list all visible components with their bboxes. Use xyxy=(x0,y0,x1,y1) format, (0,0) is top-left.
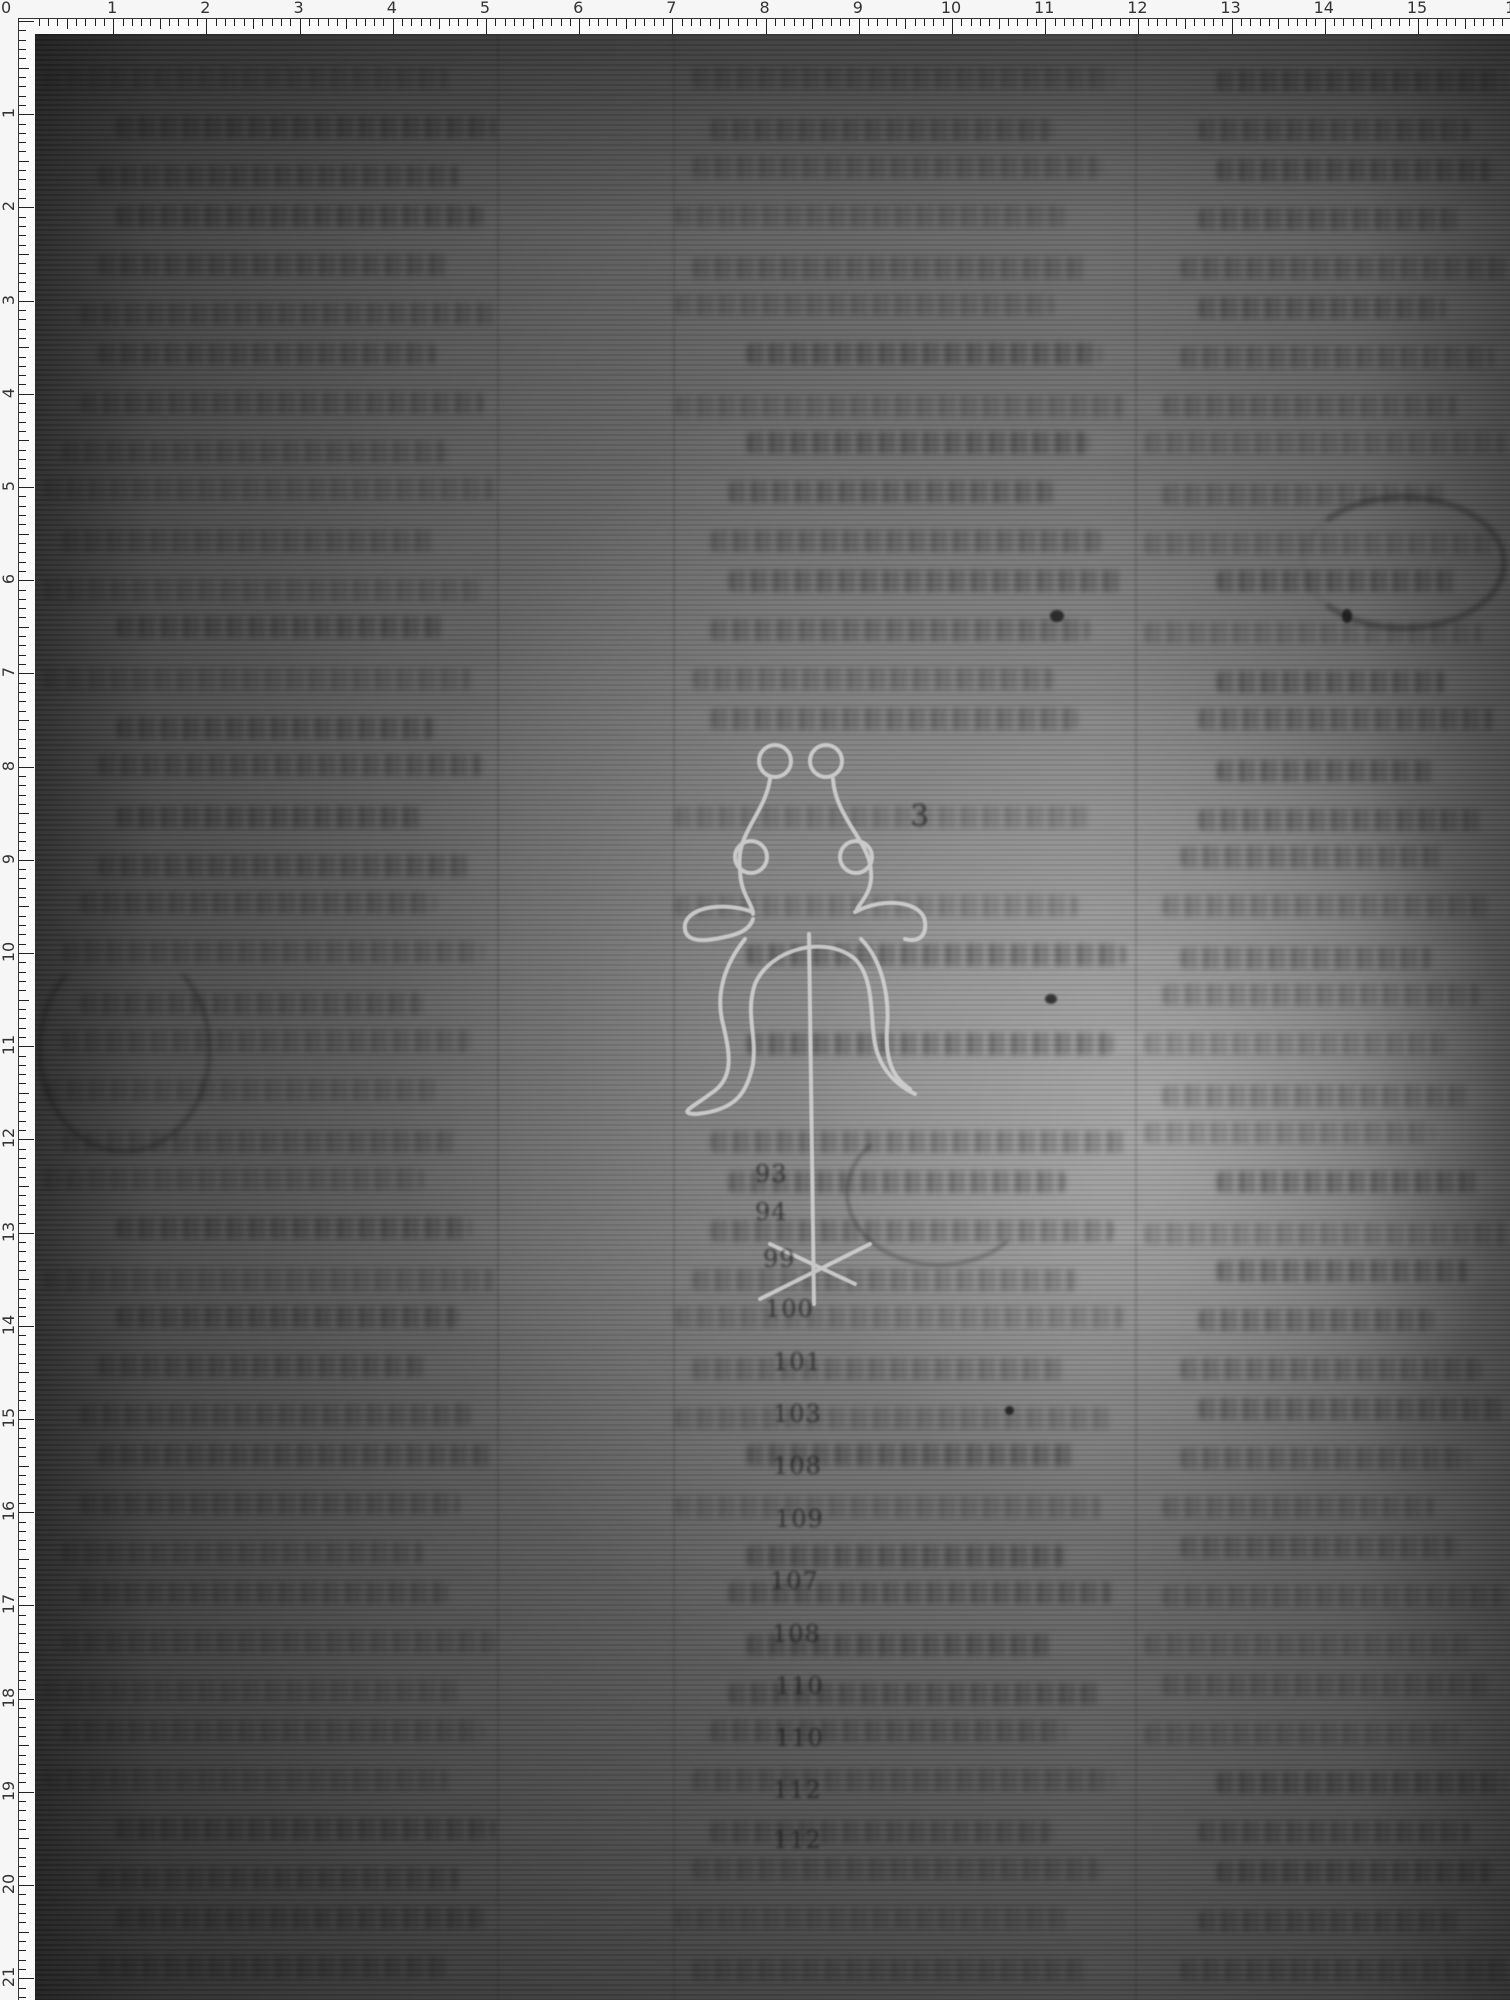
ruler-tick xyxy=(1437,19,1438,26)
ruler-tick xyxy=(393,19,394,34)
ruler-tick xyxy=(19,21,34,22)
ruler-tick xyxy=(672,19,673,34)
ruler-tick xyxy=(19,338,26,339)
ruler-tick xyxy=(19,375,26,376)
ruler-tick xyxy=(19,1782,26,1783)
marginal-number: 93 xyxy=(755,1160,788,1188)
ruler-tick xyxy=(19,1214,26,1215)
ruler-tick xyxy=(19,804,26,805)
ruler-tick xyxy=(1027,19,1028,26)
ruler-tick xyxy=(19,394,34,395)
ruler-tick xyxy=(19,86,26,87)
ruler-tick xyxy=(19,795,26,796)
ruler-tick xyxy=(19,1466,29,1467)
ruler-tick xyxy=(877,19,878,26)
marginal-number: 112 xyxy=(773,1826,822,1854)
left-ruler-label: 13 xyxy=(1,1232,21,1248)
ruler-tick xyxy=(19,599,26,600)
left-ruler-label: 14 xyxy=(1,1325,21,1341)
ruler-tick xyxy=(598,19,599,26)
ruler-tick xyxy=(19,1475,26,1476)
ruler-tick xyxy=(19,105,26,106)
ruler-tick xyxy=(19,552,26,553)
ruler-tick xyxy=(19,1223,26,1224)
ruler-tick xyxy=(19,1922,26,1923)
ruler-tick xyxy=(206,19,207,34)
ruler-tick xyxy=(766,19,767,34)
ruler-tick xyxy=(514,19,515,26)
ruler-tick xyxy=(19,142,26,143)
ruler-tick xyxy=(19,972,26,973)
ruler-tick xyxy=(132,19,133,26)
ruler-tick xyxy=(374,19,375,26)
ruler-tick xyxy=(1297,19,1298,26)
ruler-tick xyxy=(19,1764,26,1765)
ruler-tick xyxy=(19,1000,29,1001)
ruler-tick xyxy=(19,431,26,432)
ruler-tick xyxy=(19,711,26,712)
marginal-number: 99 xyxy=(763,1245,796,1273)
ruler-tick xyxy=(19,934,26,935)
ruler-tick xyxy=(626,19,627,29)
left-ruler-label: 7 xyxy=(1,672,11,688)
ruler-tick xyxy=(19,590,26,591)
ruler-tick xyxy=(76,19,77,26)
ruler-tick xyxy=(19,1344,26,1345)
ruler-tick xyxy=(411,19,412,26)
ruler-tick xyxy=(1427,19,1428,26)
ruler-tick xyxy=(19,1186,29,1187)
ruler-tick xyxy=(19,198,26,199)
ruler-tick xyxy=(290,19,291,26)
ruler-tick xyxy=(19,916,26,917)
ruler-tick xyxy=(822,19,823,26)
ruler-tick xyxy=(999,19,1000,29)
ruler-tick xyxy=(272,19,273,26)
ruler-tick xyxy=(150,19,151,26)
ruler-tick xyxy=(1343,19,1344,26)
ruler-tick xyxy=(430,19,431,26)
ruler-tick xyxy=(19,1028,26,1029)
ruler-tick xyxy=(1474,19,1475,26)
ruler-tick xyxy=(784,19,785,26)
top-ruler-label: 3 xyxy=(294,0,304,16)
ruler-tick xyxy=(19,366,26,367)
ruler-tick xyxy=(19,207,34,208)
ruler-tick xyxy=(551,19,552,26)
marginal-number: 112 xyxy=(773,1776,822,1804)
ruler-tick xyxy=(19,1289,26,1290)
ruler-tick xyxy=(19,273,26,274)
ruler-tick xyxy=(262,19,263,26)
ruler-tick xyxy=(19,1438,26,1439)
ruler-tick xyxy=(19,506,26,507)
ruler-tick xyxy=(19,1643,26,1644)
ruler-tick xyxy=(523,19,524,26)
ruler-tick xyxy=(607,19,608,26)
ruler-tick xyxy=(19,1866,26,1867)
ruler-tick xyxy=(19,1167,26,1168)
ruler-tick xyxy=(19,496,26,497)
ruler-tick xyxy=(831,19,832,26)
ruler-tick xyxy=(19,860,34,861)
marginal-number: 107 xyxy=(770,1567,819,1595)
ruler-tick xyxy=(887,19,888,26)
ruler-tick xyxy=(19,701,26,702)
ruler-tick xyxy=(19,888,26,889)
ruler-tick xyxy=(19,68,29,69)
ruler-tick xyxy=(542,19,543,26)
marginal-number: 110 xyxy=(775,1672,824,1700)
ruler-tick xyxy=(1353,19,1354,26)
ruler-tick xyxy=(19,1736,26,1737)
ruler-tick xyxy=(1129,19,1130,26)
left-ruler-label: 10 xyxy=(1,952,21,968)
ruler-tick xyxy=(19,1251,26,1252)
ruler-tick xyxy=(19,1298,26,1299)
ruler-tick xyxy=(775,19,776,26)
ruler-tick xyxy=(19,450,26,451)
ruler-tick xyxy=(19,1857,26,1858)
ruler-tick xyxy=(19,823,26,824)
ruler-tick xyxy=(19,1587,26,1588)
ruler-tick xyxy=(1185,19,1186,29)
ruler-tick xyxy=(19,981,26,982)
ruler-tick xyxy=(1334,19,1335,26)
left-ruler-label: 20 xyxy=(1,1884,21,1900)
top-ruler-label: 15 xyxy=(1407,0,1427,16)
ruler-tick xyxy=(300,19,301,34)
ruler-tick xyxy=(19,1960,26,1961)
ruler-tick xyxy=(19,580,34,581)
ruler-tick xyxy=(19,1195,26,1196)
ruler-tick xyxy=(19,524,26,525)
ruler-tick xyxy=(197,19,198,26)
ruler-tick xyxy=(952,19,953,34)
ruler-tick xyxy=(19,1484,26,1485)
ruler-tick xyxy=(19,1941,26,1942)
ruler-origin-label: 0 xyxy=(1,0,11,16)
ruler-tick xyxy=(663,19,664,26)
ruler-tick xyxy=(19,627,29,628)
ruler-tick xyxy=(1055,19,1056,26)
ruler-tick xyxy=(943,19,944,26)
ruler-tick xyxy=(19,1652,29,1653)
marginal-number: 94 xyxy=(755,1198,788,1226)
ruler-tick xyxy=(486,19,487,34)
top-ruler-label: 2 xyxy=(200,0,210,16)
top-ruler-label: 10 xyxy=(941,0,961,16)
ruler-tick xyxy=(19,785,26,786)
ruler-tick xyxy=(589,19,590,26)
ruler-tick xyxy=(19,944,26,945)
ruler-tick xyxy=(644,19,645,26)
ruler-tick xyxy=(19,720,29,721)
ruler-tick xyxy=(19,1577,26,1578)
ruler-tick xyxy=(1381,19,1382,26)
ruler-tick xyxy=(19,1205,26,1206)
ruler-tick xyxy=(19,1838,29,1839)
ruler-tick xyxy=(1110,19,1111,26)
left-ruler-label: 6 xyxy=(1,579,11,595)
ruler-tick xyxy=(19,1083,26,1084)
ruler-tick xyxy=(19,1316,26,1317)
ruler-tick xyxy=(19,1270,26,1271)
ruler-tick xyxy=(123,19,124,26)
ruler-tick xyxy=(19,1363,26,1364)
left-ruler-label: 5 xyxy=(1,486,11,502)
ruler-tick xyxy=(19,608,26,609)
ruler-tick xyxy=(19,729,26,730)
ruler-tick xyxy=(19,1065,26,1066)
ruler-tick xyxy=(477,19,478,26)
ruler-tick xyxy=(95,19,96,26)
ruler-tick xyxy=(840,19,841,26)
ruler-tick xyxy=(19,1633,26,1634)
ruler-tick xyxy=(19,49,26,50)
ruler-tick xyxy=(19,1018,26,1019)
left-ruler-label: 12 xyxy=(1,1138,21,1154)
ruler-tick xyxy=(1017,19,1018,26)
ruler-tick xyxy=(19,515,26,516)
ruler-tick xyxy=(19,151,26,152)
left-ruler-label: 3 xyxy=(1,300,11,316)
ruler-tick xyxy=(19,571,26,572)
ruler-tick xyxy=(19,459,26,460)
ruler-tick xyxy=(19,850,26,851)
ruler-tick xyxy=(19,291,26,292)
left-ruler-label: 17 xyxy=(1,1604,21,1620)
ruler-tick xyxy=(169,19,170,26)
ruler-tick xyxy=(19,254,29,255)
marginal-number: 110 xyxy=(775,1724,824,1752)
left-ruler-label: 16 xyxy=(1,1511,21,1527)
ruler-tick xyxy=(318,19,319,26)
ruler-tick xyxy=(924,19,925,26)
ruler-tick xyxy=(328,19,329,26)
marginal-number: 108 xyxy=(772,1620,821,1648)
ruler-tick xyxy=(1371,19,1372,29)
ruler-tick xyxy=(19,478,26,479)
ruler-tick xyxy=(19,217,26,218)
ruler-tick xyxy=(19,1410,26,1411)
ruler-tick xyxy=(849,19,850,26)
ruler-tick xyxy=(1194,19,1195,26)
ruler-tick xyxy=(19,114,34,115)
left-ruler-label: 8 xyxy=(1,766,11,782)
ruler-tick xyxy=(1455,19,1456,26)
marginal-number: 101 xyxy=(773,1348,822,1376)
ruler-tick xyxy=(19,1093,29,1094)
ruler-tick xyxy=(19,1009,26,1010)
ruler-tick xyxy=(67,19,68,29)
ruler-tick xyxy=(19,245,26,246)
ruler-tick xyxy=(19,1456,26,1457)
ruler-tick xyxy=(19,1829,26,1830)
ruler-tick xyxy=(19,767,34,768)
ruler-tick xyxy=(933,19,934,26)
ruler-tick xyxy=(700,19,701,26)
manuscript-leaf-image: 939499100101103108109107108110110112112 … xyxy=(35,34,1510,2000)
ruler-tick xyxy=(356,19,357,26)
ruler-tick xyxy=(19,1596,26,1597)
ruler-tick xyxy=(19,133,26,134)
top-ruler-label: 9 xyxy=(853,0,863,16)
ruler-tick xyxy=(346,19,347,29)
ruler-tick xyxy=(19,124,26,125)
ruler-tick xyxy=(989,19,990,26)
ruler-tick xyxy=(19,1279,29,1280)
ruler-tick xyxy=(1008,19,1009,26)
ruler-tick xyxy=(1399,19,1400,26)
ruler-tick xyxy=(19,990,26,991)
ruler-tick xyxy=(19,96,26,97)
ruler-tick xyxy=(738,19,739,26)
ruler-tick xyxy=(19,1382,26,1383)
top-ruler xyxy=(18,18,1510,34)
ruler-tick xyxy=(19,1755,26,1756)
ruler-tick xyxy=(19,1037,26,1038)
ruler-tick xyxy=(113,19,114,34)
ruler-tick xyxy=(1325,19,1326,34)
ruler-tick xyxy=(19,1261,26,1262)
top-ruler-label: 6 xyxy=(573,0,583,16)
ruler-tick xyxy=(19,226,26,227)
ruler-tick xyxy=(1315,19,1316,26)
ruler-tick xyxy=(19,1531,26,1532)
ruler-tick xyxy=(421,19,422,26)
ruler-tick xyxy=(19,692,26,693)
ruler-tick xyxy=(19,1447,26,1448)
ruler-tick xyxy=(57,19,58,26)
ruler-tick xyxy=(19,1969,26,1970)
ruler-tick xyxy=(19,673,34,674)
left-ruler-label: 15 xyxy=(1,1418,21,1434)
ruler-tick xyxy=(19,58,26,59)
ruler-tick xyxy=(19,1680,26,1681)
ruler-tick xyxy=(961,19,962,26)
marginal-number: 103 xyxy=(773,1400,822,1428)
ruler-tick xyxy=(19,1494,26,1495)
ruler-tick xyxy=(19,664,26,665)
ruler-tick xyxy=(383,19,384,26)
top-ruler-label: 1 xyxy=(107,0,117,16)
ruler-tick xyxy=(19,1810,26,1811)
ruler-tick xyxy=(19,1354,26,1355)
ruler-tick xyxy=(19,235,26,236)
ruler-tick xyxy=(19,1689,26,1690)
ruler-tick xyxy=(19,1904,26,1905)
ruler-tick xyxy=(19,319,26,320)
ruler-tick xyxy=(19,1121,26,1122)
ruler-tick xyxy=(19,832,26,833)
ruler-tick xyxy=(1092,19,1093,29)
ruler-tick xyxy=(19,897,26,898)
ruler-tick xyxy=(365,19,366,26)
ruler-tick xyxy=(19,1671,26,1672)
top-ruler-label: 13 xyxy=(1220,0,1240,16)
ruler-tick xyxy=(19,1876,26,1877)
left-ruler-label: 2 xyxy=(1,206,11,222)
left-ruler-label: 1 xyxy=(1,113,11,129)
ruler-tick xyxy=(1073,19,1074,26)
ruler-tick xyxy=(244,19,245,26)
ruler-tick xyxy=(1148,19,1149,26)
ruler-tick xyxy=(467,19,468,26)
ruler-tick xyxy=(19,170,26,171)
ruler-tick xyxy=(225,19,226,26)
top-ruler-label: 11 xyxy=(1034,0,1054,16)
ruler-tick xyxy=(19,1372,29,1373)
ruler-tick xyxy=(971,19,972,26)
ruler-tick xyxy=(1493,19,1494,26)
ruler-tick xyxy=(1157,19,1158,26)
ruler-tick xyxy=(19,757,26,758)
ruler-tick xyxy=(1166,19,1167,26)
ruler-tick xyxy=(19,1717,26,1718)
ruler-tick xyxy=(495,19,496,26)
top-ruler-label: 7 xyxy=(666,0,676,16)
ruler-tick xyxy=(1213,19,1214,26)
left-ruler-label: 11 xyxy=(1,1045,21,1061)
ruler-tick xyxy=(309,19,310,26)
ruler-tick xyxy=(19,1745,29,1746)
left-ruler-label: 18 xyxy=(1,1698,21,1714)
ruler-tick xyxy=(1176,19,1177,26)
ruler-tick xyxy=(19,1102,26,1103)
ruler-tick xyxy=(980,19,981,26)
ruler-tick xyxy=(579,19,580,34)
ruler-tick xyxy=(19,1158,26,1159)
ruler-tick xyxy=(19,347,29,348)
ruler-tick xyxy=(19,77,26,78)
ruler-tick xyxy=(1232,19,1233,34)
ruler-tick xyxy=(19,645,26,646)
top-ruler-label: 5 xyxy=(480,0,490,16)
ruler-tick xyxy=(19,739,26,740)
ruler-tick xyxy=(682,19,683,26)
ruler-tick xyxy=(19,422,26,423)
ruler-tick xyxy=(19,189,26,190)
ruler-tick xyxy=(19,1997,26,1998)
ruler-tick xyxy=(19,487,34,488)
left-ruler-label: 21 xyxy=(1,1977,21,1993)
ruler-tick xyxy=(19,1074,26,1075)
ruler-tick xyxy=(19,161,29,162)
ruler-tick xyxy=(710,19,711,26)
ruler-tick xyxy=(561,19,562,26)
ruler-tick xyxy=(19,1503,26,1504)
ruler-tick xyxy=(19,1307,26,1308)
ruler-tick xyxy=(1204,19,1205,26)
ruler-tick xyxy=(756,19,757,26)
ruler-tick xyxy=(188,19,189,26)
top-ruler-label: 4 xyxy=(387,0,397,16)
ruler-tick xyxy=(141,19,142,26)
ruler-tick xyxy=(439,19,440,29)
ruler-tick xyxy=(1446,19,1447,26)
ruler-tick xyxy=(654,19,655,26)
ruler-tick xyxy=(859,19,860,34)
ruler-tick xyxy=(691,19,692,26)
top-ruler-label: 8 xyxy=(760,0,770,16)
ruler-tick xyxy=(19,776,26,777)
ruler-tick xyxy=(104,19,105,26)
ruler-tick xyxy=(19,1130,26,1131)
ruler-tick xyxy=(19,1727,26,1728)
top-ruler-label: 14 xyxy=(1314,0,1334,16)
ruler-tick xyxy=(19,813,29,814)
